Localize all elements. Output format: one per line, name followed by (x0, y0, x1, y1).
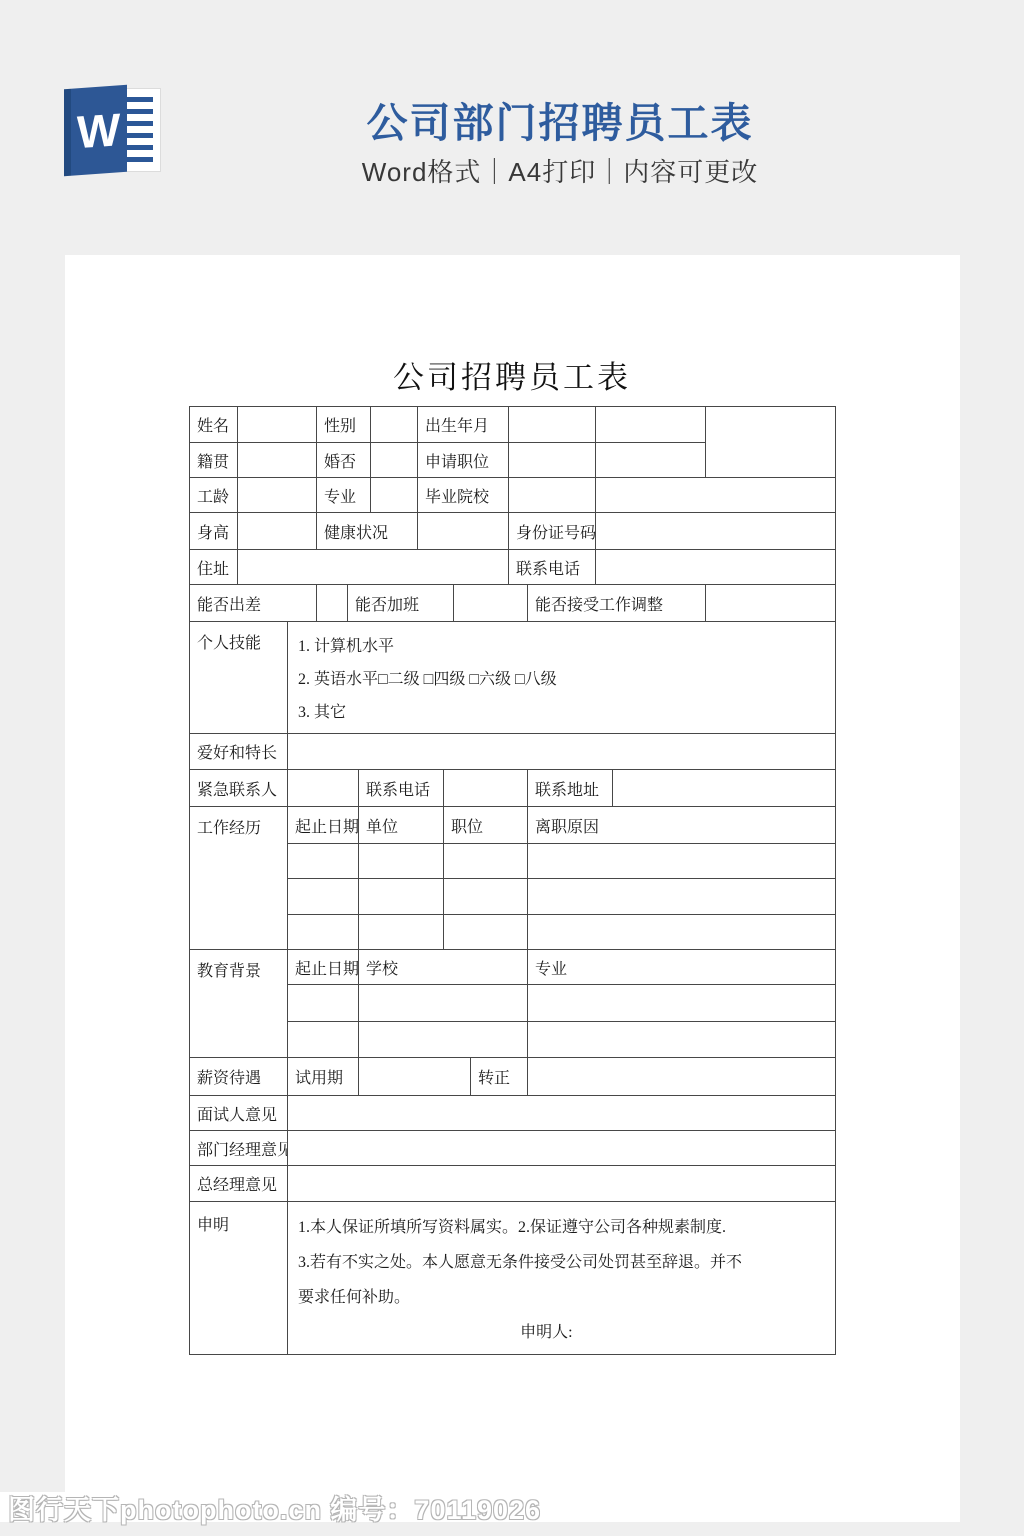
work-history-empty-cell (444, 879, 528, 915)
field-label-name: 姓名 (190, 407, 238, 443)
field-label-can-overtime: 能否加班 (348, 585, 454, 622)
education-empty-cell (528, 985, 836, 1022)
form-title: 公司招聘员工表 (189, 352, 835, 397)
field-label-address: 住址 (190, 550, 238, 585)
name-value-cell (238, 407, 317, 443)
work-history-empty-cell (359, 915, 444, 950)
column-header-edu-major: 专业 (528, 950, 836, 985)
column-header-work-date-range: 起止日期 (288, 807, 359, 844)
declaration-line-2: 3.若有不实之处。本人愿意无条件接受公司处罚甚至辞退。并不 (298, 1245, 827, 1280)
id-number-value-cell (596, 513, 836, 550)
table-row: 爱好和特长 (190, 734, 836, 770)
contact-address-value-cell (613, 770, 836, 807)
work-history-empty-cell (444, 915, 528, 950)
empty-value-cell (596, 478, 836, 513)
regularization-value-cell (528, 1058, 836, 1096)
graduate-school-value-cell (509, 478, 596, 513)
declaration-line-3: 要求任何补助。 (298, 1280, 827, 1315)
accept-adjustment-value-cell (706, 585, 836, 622)
field-label-contact-phone: 联系电话 (359, 770, 444, 807)
work-years-value-cell (238, 478, 317, 513)
field-label-gender: 性别 (317, 407, 371, 443)
column-header-work-company: 单位 (359, 807, 444, 844)
work-history-empty-cell (288, 915, 359, 950)
emergency-contact-value-cell (288, 770, 359, 807)
table-row: 个人技能 1. 计算机水平 2. 英语水平□二级 □四级 □六级 □八级 3. … (190, 622, 836, 734)
field-label-graduate-school: 毕业院校 (418, 478, 509, 513)
can-travel-value-cell (317, 585, 348, 622)
field-label-personal-skills: 个人技能 (190, 622, 288, 734)
declaration-line-1: 1.本人保证所填所写资料属实。2.保证遵守公司各种规素制度. (298, 1210, 827, 1245)
personal-skills-content-cell: 1. 计算机水平 2. 英语水平□二级 □四级 □六级 □八级 3. 其它 (288, 622, 836, 734)
gender-value-cell (371, 407, 418, 443)
birth-date-value-cell (509, 407, 596, 443)
column-header-leave-reason: 离职原因 (528, 807, 836, 844)
table-row: 总经理意见 (190, 1166, 836, 1202)
work-history-empty-cell (528, 844, 836, 879)
education-empty-cell (288, 985, 359, 1022)
photo-cell (706, 407, 836, 478)
declaration-content-cell: 1.本人保证所填所写资料属实。2.保证遵守公司各种规素制度. 3.若有不实之处。… (288, 1202, 836, 1355)
field-label-height: 身高 (190, 513, 238, 550)
field-label-interviewer-opinion: 面试人意见 (190, 1096, 288, 1131)
field-label-can-travel: 能否出差 (190, 585, 317, 622)
address-value-cell (238, 550, 509, 585)
table-row: 部门经理意见 (190, 1131, 836, 1166)
page-subtitle: Word格式｜A4打印｜内容可更改 (96, 152, 1024, 189)
can-overtime-value-cell (454, 585, 528, 622)
contact-phone-value-cell (444, 770, 528, 807)
field-label-probation: 试用期 (288, 1058, 359, 1096)
education-empty-cell (528, 1022, 836, 1058)
recruitment-form-table: 姓名 性别 出生年月 籍贯 婚否 申请职位 工龄 专业 毕业院校 (189, 406, 836, 1355)
work-history-empty-cell (288, 844, 359, 879)
height-value-cell (238, 513, 317, 550)
field-label-birth-date: 出生年月 (418, 407, 509, 443)
field-label-applied-position: 申请职位 (418, 443, 509, 478)
field-label-dept-manager-opinion: 部门经理意见 (190, 1131, 288, 1166)
work-history-empty-cell (528, 915, 836, 950)
field-label-marital-status: 婚否 (317, 443, 371, 478)
work-history-empty-cell (359, 879, 444, 915)
skills-line-3: 3. 其它 (298, 696, 829, 729)
watermark-text: 图行天下photophoto.cn 编号：70119026 (0, 1488, 541, 1527)
field-label-salary: 薪资待遇 (190, 1058, 288, 1096)
interviewer-opinion-value-cell (288, 1096, 836, 1131)
table-row: 薪资待遇 试用期 转正 (190, 1058, 836, 1096)
document-sheet: 公司招聘员工表 姓名 性别 出生年月 籍贯 婚否 申请职位 (65, 255, 960, 1521)
table-row: 工龄 专业 毕业院校 (190, 478, 836, 513)
field-label-work-history: 工作经历 (190, 807, 288, 950)
table-row: 能否出差 能否加班 能否接受工作调整 (190, 585, 836, 622)
skills-line-1: 1. 计算机水平 (298, 630, 829, 663)
page-title: 公司部门招聘员工表 (96, 90, 1024, 149)
work-history-empty-cell (359, 844, 444, 879)
table-row: 住址 联系电话 (190, 550, 836, 585)
field-label-work-years: 工龄 (190, 478, 238, 513)
table-row: 紧急联系人 联系电话 联系地址 (190, 770, 836, 807)
field-label-emergency-contact: 紧急联系人 (190, 770, 288, 807)
health-value-cell (418, 513, 509, 550)
probation-value-cell (359, 1058, 471, 1096)
field-label-phone: 联系电话 (509, 550, 596, 585)
field-label-major: 专业 (317, 478, 371, 513)
empty-value-cell (596, 407, 706, 443)
general-manager-opinion-value-cell (288, 1166, 836, 1202)
table-row: 姓名 性别 出生年月 (190, 407, 836, 443)
marital-value-cell (371, 443, 418, 478)
dept-manager-opinion-value-cell (288, 1131, 836, 1166)
applied-position-value-cell (509, 443, 596, 478)
skills-line-2: 2. 英语水平□二级 □四级 □六级 □八级 (298, 663, 829, 696)
field-label-health: 健康状况 (317, 513, 418, 550)
watermark-bar: 图行天下photophoto.cn 编号：70119026 (0, 1492, 960, 1522)
education-empty-cell (288, 1022, 359, 1058)
work-history-empty-cell (528, 879, 836, 915)
field-label-contact-address: 联系地址 (528, 770, 613, 807)
field-label-regularization: 转正 (471, 1058, 528, 1096)
hobbies-value-cell (288, 734, 836, 770)
education-empty-cell (359, 1022, 528, 1058)
phone-value-cell (596, 550, 836, 585)
field-label-hobbies: 爱好和特长 (190, 734, 288, 770)
table-row: 申明 1.本人保证所填所写资料属实。2.保证遵守公司各种规素制度. 3.若有不实… (190, 1202, 836, 1355)
native-place-value-cell (238, 443, 317, 478)
declarant-label: 申明人: (520, 1315, 827, 1350)
education-empty-cell (359, 985, 528, 1022)
field-label-declaration: 申明 (190, 1202, 288, 1355)
field-label-accept-adjustment: 能否接受工作调整 (528, 585, 706, 622)
table-row: 身高 健康状况 身份证号码 (190, 513, 836, 550)
field-label-education: 教育背景 (190, 950, 288, 1058)
column-header-edu-date-range: 起止日期 (288, 950, 359, 985)
field-label-native-place: 籍贯 (190, 443, 238, 478)
table-row: 教育背景 起止日期 学校 专业 (190, 950, 836, 985)
work-history-empty-cell (288, 879, 359, 915)
column-header-work-position: 职位 (444, 807, 528, 844)
table-row: 面试人意见 (190, 1096, 836, 1131)
table-row: 工作经历 起止日期 单位 职位 离职原因 (190, 807, 836, 844)
column-header-edu-school: 学校 (359, 950, 528, 985)
work-history-empty-cell (444, 844, 528, 879)
field-label-general-manager-opinion: 总经理意见 (190, 1166, 288, 1202)
major-value-cell (371, 478, 418, 513)
empty-value-cell (596, 443, 706, 478)
field-label-id-number: 身份证号码 (509, 513, 596, 550)
